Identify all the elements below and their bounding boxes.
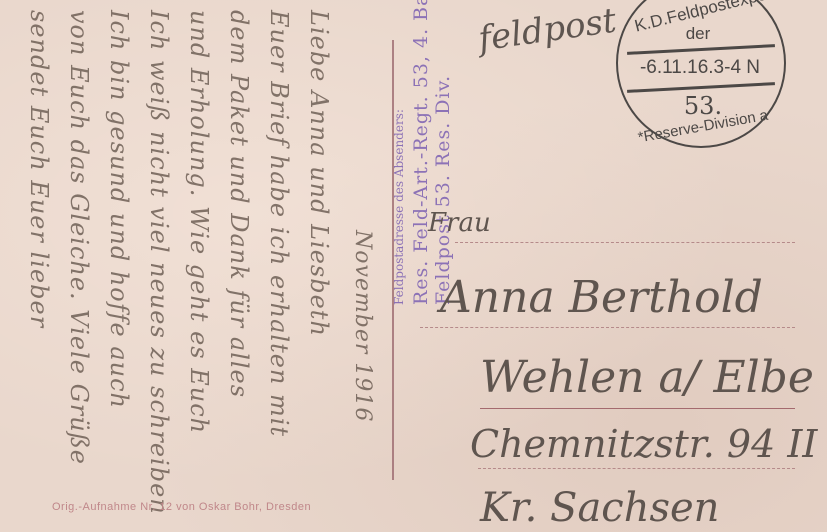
address-rule-4: [478, 468, 795, 469]
message-line: und Erholung. Wie geht es Euch: [185, 10, 213, 434]
address-region: Kr. Sachsen: [480, 485, 719, 531]
address-street: Chemnitzstr. 94 II: [470, 422, 817, 466]
message-line: dem Paket und Dank für alles: [225, 10, 253, 398]
message-line: Liebe Anna und Liesbeth: [305, 10, 333, 337]
address-salutation: Frau: [428, 208, 491, 238]
censor-stamp: Feldpostadresse des Absenders: Res. Feld…: [388, 45, 488, 305]
message-lines-rotated: November 1916 Liebe Anna und Liesbeth Eu…: [0, 0, 395, 532]
postmark-date: -6.11.16.3-4 N: [625, 57, 775, 79]
message-line: Ich bin gesund und hoffe auch: [105, 10, 133, 409]
message-date: November 1916: [350, 230, 375, 422]
censor-stamp-line1: Feldpostadresse des Absenders:: [388, 45, 410, 305]
message-line: Ich weiß nicht viel neues zu schreiben: [145, 10, 173, 515]
message-line: Euer Brief habe ich erhalten mit: [265, 10, 293, 437]
censor-stamp-line3: Feldpost 53. Res. Div.: [432, 45, 454, 305]
feldpost-header: feldpost: [476, 1, 619, 60]
photographer-imprint: Orig.-Aufnahme Nr. 12 von Oskar Bohr, Dr…: [52, 501, 311, 513]
address-rule-3: [480, 408, 795, 409]
address-rule-2: [420, 327, 795, 328]
address-town: Wehlen a/ Elbe: [480, 352, 814, 403]
postcard: November 1916 Liebe Anna und Liesbeth Eu…: [0, 0, 827, 532]
address-rule-1: [455, 242, 795, 243]
address-name: Anna Berthold: [440, 272, 763, 323]
message-line: sendet Euch Euer lieber: [25, 10, 53, 328]
message-line: von Euch das Gleiche. Viele Grüße: [65, 10, 93, 465]
censor-stamp-line2: Res. Feld-Art.-Regt. 53, 4. Battr.: [410, 45, 432, 305]
postmark-der: der: [663, 24, 733, 44]
postmark-stamp: K.D.Feldpostexped. der -6.11.16.3-4 N 53…: [613, 0, 791, 150]
handwritten-message-area: November 1916 Liebe Anna und Liesbeth Eu…: [0, 0, 395, 532]
